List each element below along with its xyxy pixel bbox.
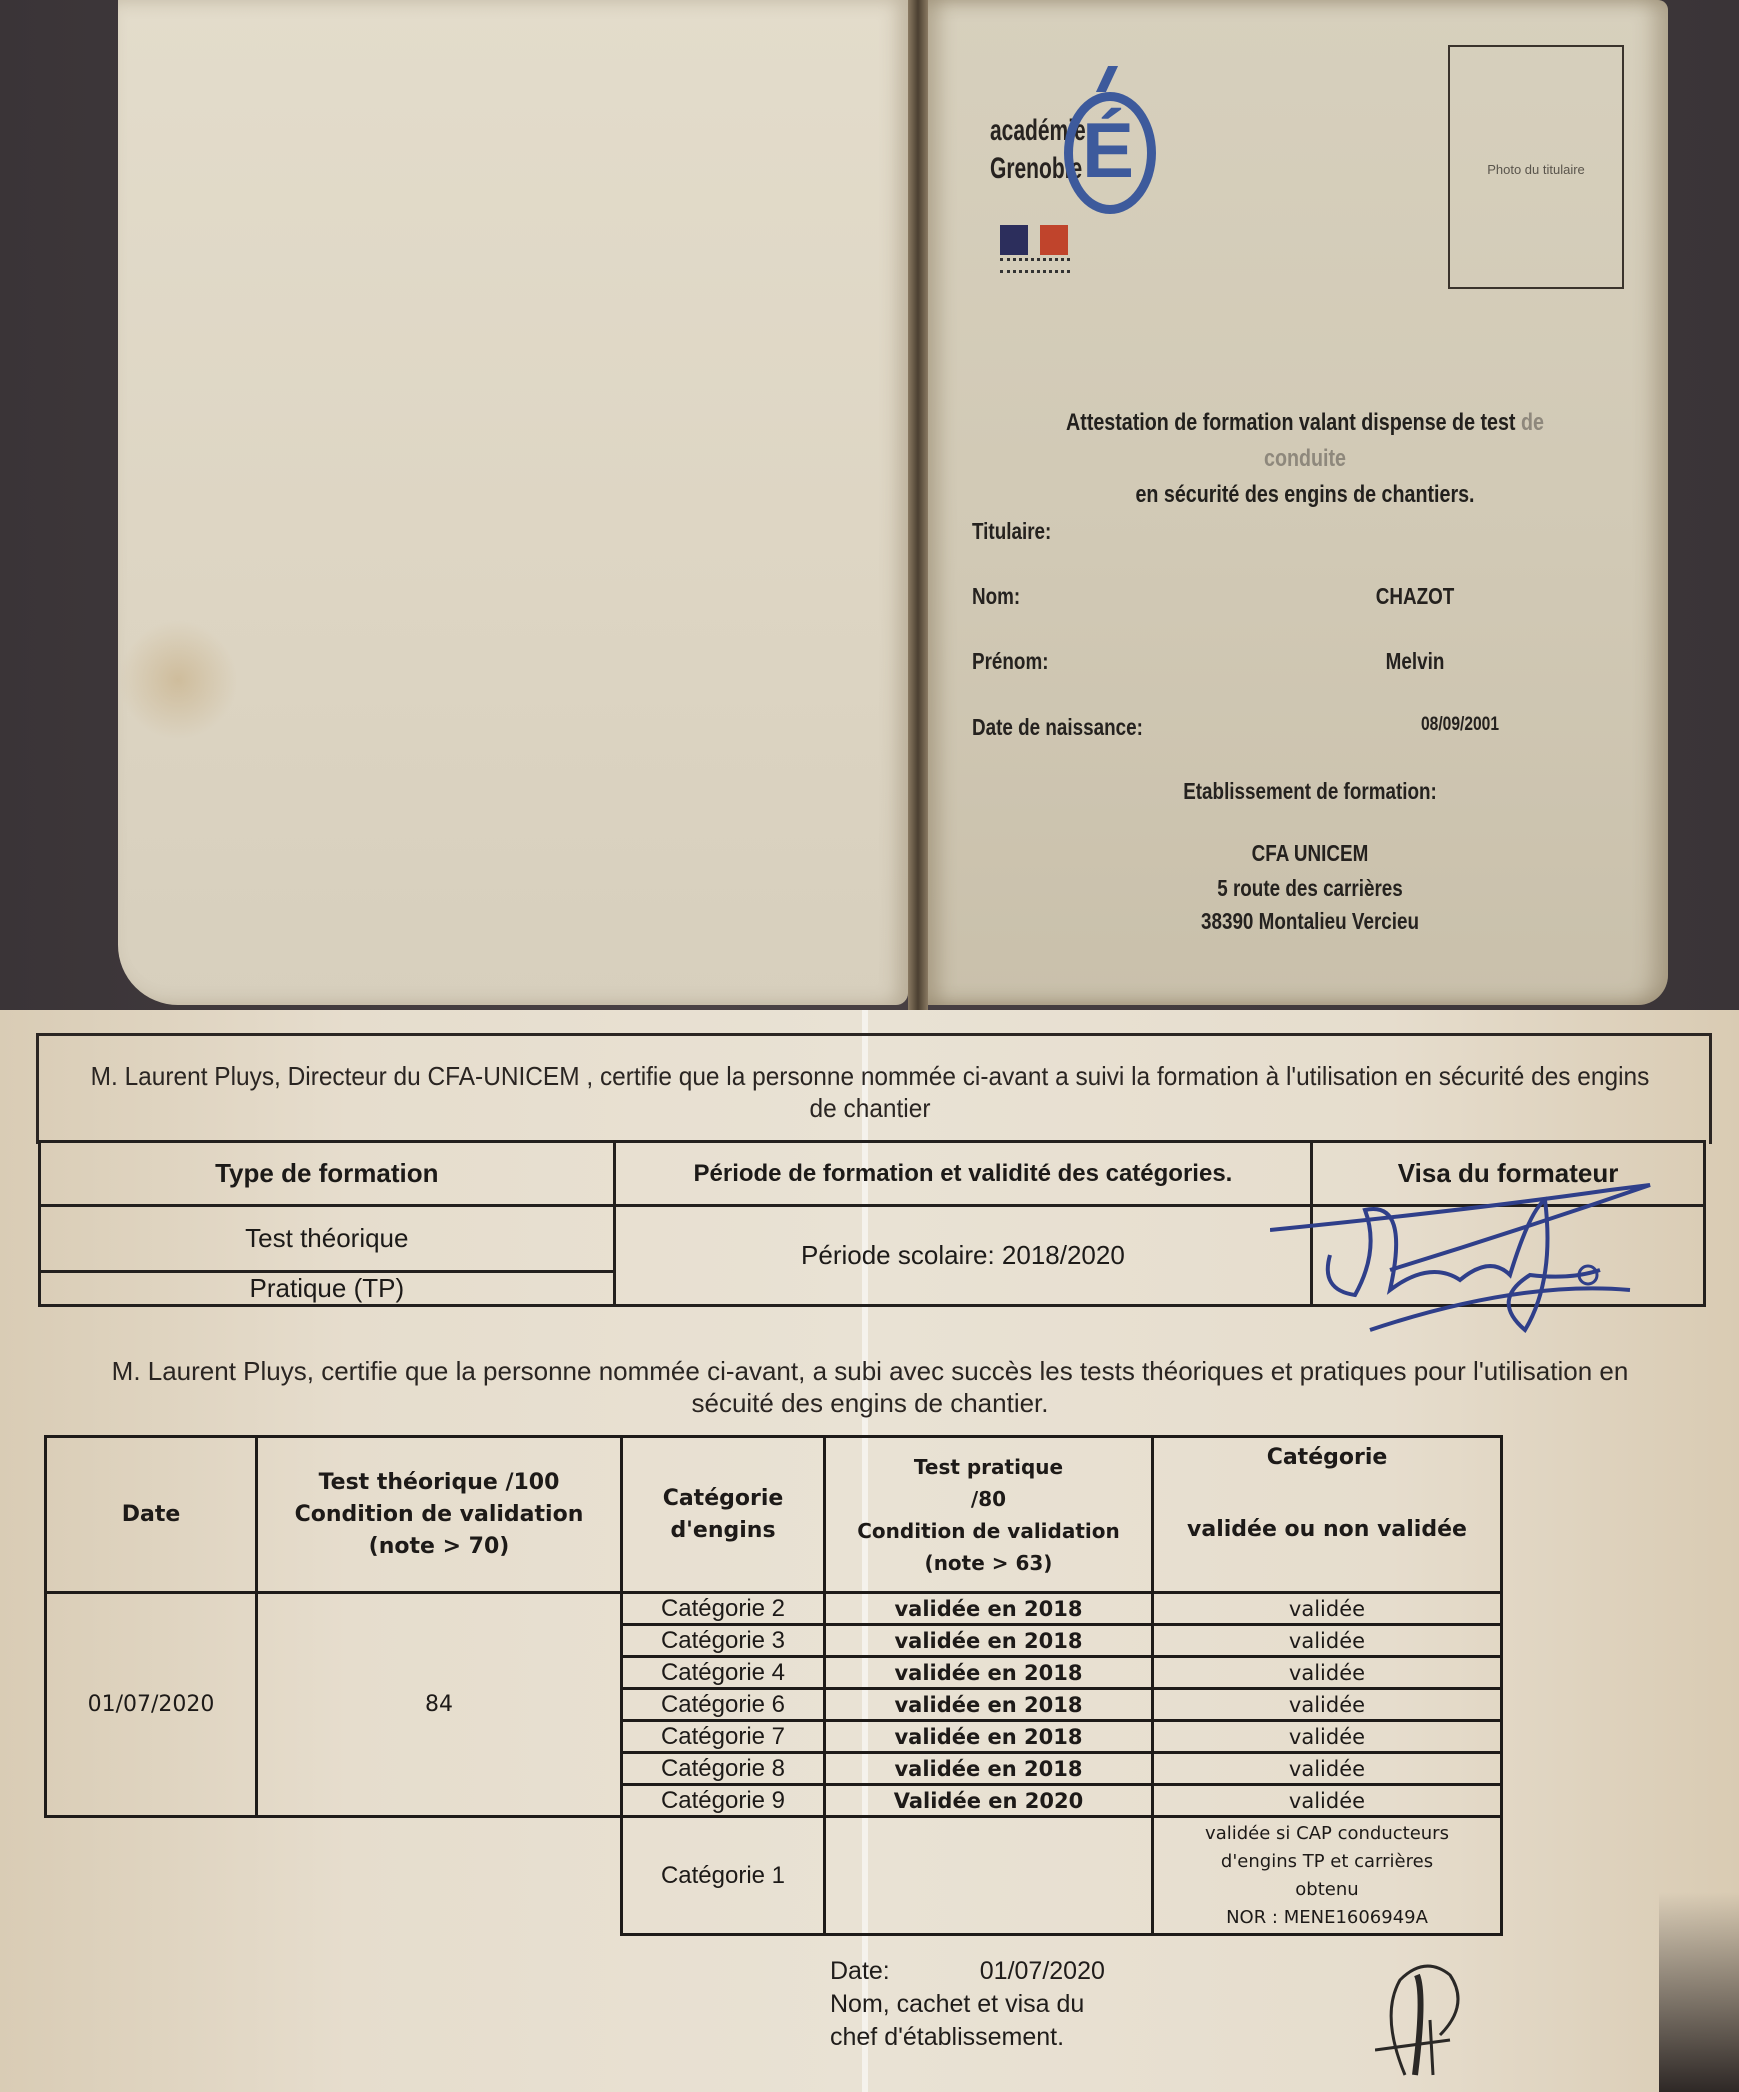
attestation-title: Attestation de formation valant dispense… <box>1034 405 1575 513</box>
practice-cell: validée en 2018 <box>825 1657 1153 1689</box>
naissance-value: 08/09/2001 <box>1394 714 1525 736</box>
title-line-1: Attestation de formation valant dispense… <box>1066 409 1515 436</box>
etablissement-label: Etablissement de formation: <box>1138 778 1482 805</box>
footer-line-3: chef d'établissement. <box>830 2021 1105 2054</box>
status-cell: validée <box>1153 1753 1502 1785</box>
certificate-statement-1: M. Laurent Pluys, Directeur du CFA-UNICE… <box>90 1060 1650 1124</box>
practice-cell: validée en 2018 <box>825 1689 1153 1721</box>
cat1-note-l2: d'engins TP et carrières <box>1154 1848 1500 1876</box>
practice-cell: Validée en 2020 <box>825 1785 1153 1817</box>
flag-caption-2 <box>1000 270 1070 273</box>
certificate-statement-2: M. Laurent Pluys, certifie que la person… <box>70 1355 1670 1419</box>
prenom-value: Melvin <box>1329 648 1501 675</box>
status-cell: validée <box>1153 1721 1502 1753</box>
empty-cell <box>257 1817 622 1935</box>
header-status-l1: Catégorie <box>1154 1442 1500 1474</box>
flag-blue-band <box>1000 225 1028 255</box>
photo-box-label: Photo du titulaire <box>1450 162 1622 177</box>
header-theory-l3: (note > 70) <box>258 1531 620 1563</box>
row-pratique-tp: Pratique (TP) <box>40 1272 615 1306</box>
director-footer: Date:01/07/2020 Nom, cachet et visa du c… <box>830 1955 1105 2054</box>
header-category: Catégorie d'engins <box>622 1437 825 1593</box>
status-cell: validée <box>1153 1625 1502 1657</box>
cat1-note-l3: obtenu <box>1154 1876 1500 1904</box>
director-signature-icon <box>1375 1955 1485 2085</box>
naissance-label: Date de naissance: <box>972 714 1143 741</box>
header-practice-l2: /80 <box>826 1483 1151 1515</box>
nom-value: CHAZOT <box>1329 583 1501 610</box>
header-type-formation: Type de formation <box>40 1142 615 1206</box>
cat1-note-l4: NOR : MENE1606949A <box>1154 1904 1500 1932</box>
footer-line-2: Nom, cachet et visa du <box>830 1988 1105 2021</box>
footer-date-label: Date: <box>830 1957 890 1985</box>
flag-red-band <box>1040 225 1068 255</box>
header-date-text: Date <box>122 1502 181 1527</box>
category-cell: Catégorie 3 <box>622 1625 825 1657</box>
header-date: Date <box>46 1437 257 1593</box>
header-periode: Période de formation et validité des cat… <box>614 1142 1312 1206</box>
cat1-note-l1: validée si CAP conducteurs <box>1154 1820 1500 1848</box>
category-cell: Catégorie 6 <box>622 1689 825 1721</box>
header-practice-l3: Condition de validation <box>826 1515 1151 1547</box>
category-1-cell: Catégorie 1 <box>622 1817 825 1935</box>
status-cell: validée <box>1153 1689 1502 1721</box>
practice-cell: validée en 2018 <box>825 1721 1153 1753</box>
status-cell: validée <box>1153 1657 1502 1689</box>
header-practice: Test pratique /80 Condition de validatio… <box>825 1437 1153 1593</box>
periode-scolaire: Période scolaire: 2018/2020 <box>614 1206 1312 1306</box>
academie-logo-icon: académie Grenoble É <box>990 62 1160 222</box>
theory-score: 84 <box>257 1593 622 1817</box>
title-line-2: en sécurité des engins de chantiers. <box>1034 477 1575 513</box>
header-category-l1: Catégorie <box>623 1483 823 1515</box>
header-status: Catégorie validée ou non validée <box>1153 1437 1502 1593</box>
booklet-spine <box>908 0 928 1010</box>
logo-emblem: É <box>1082 110 1134 190</box>
etablissement-name: CFA UNICEM <box>1138 840 1482 867</box>
category-cell: Catégorie 2 <box>622 1593 825 1625</box>
blank-left-page <box>118 0 908 1005</box>
header-theory-l1: Test théorique /100 <box>258 1467 620 1499</box>
category-cell: Catégorie 9 <box>622 1785 825 1817</box>
category-cell: Catégorie 4 <box>622 1657 825 1689</box>
header-practice-l4: (note > 63) <box>826 1547 1151 1579</box>
practice-cell: validée en 2018 <box>825 1625 1153 1657</box>
trainer-signature-icon <box>1270 1170 1690 1340</box>
header-status-l2: validée ou non validée <box>1154 1514 1500 1546</box>
prenom-label: Prénom: <box>972 648 1049 675</box>
holder-photo-box: Photo du titulaire <box>1448 45 1624 289</box>
results-table: Date Test théorique /100 Condition de va… <box>44 1435 1503 1936</box>
titulaire-label: Titulaire: <box>972 518 1051 545</box>
practice-cell: validée en 2018 <box>825 1753 1153 1785</box>
practice-cell: validée en 2018 <box>825 1593 1153 1625</box>
header-category-l2: d'engins <box>623 1515 823 1547</box>
nom-label: Nom: <box>972 583 1020 610</box>
republique-francaise-flag-icon <box>1000 225 1068 255</box>
header-practice-l1: Test pratique <box>826 1451 1151 1483</box>
etablissement-address-1: 5 route des carrières <box>1138 875 1482 902</box>
booklet-cover-photo: académie Grenoble É Photo du titulaire A… <box>0 0 1739 1010</box>
category-1-note: validée si CAP conducteurs d'engins TP e… <box>1153 1817 1502 1935</box>
category-cell: Catégorie 8 <box>622 1753 825 1785</box>
flag-caption <box>1000 258 1070 265</box>
category-cell: Catégorie 7 <box>622 1721 825 1753</box>
table-row-cat1: Catégorie 1 validée si CAP conducteurs d… <box>46 1817 1502 1935</box>
status-cell: validée <box>1153 1785 1502 1817</box>
logo-accent <box>1096 66 1118 92</box>
table-row: 01/07/2020 84 Catégorie 2 validée en 201… <box>46 1593 1502 1625</box>
row-test-theorique: Test théorique <box>40 1206 615 1272</box>
test-date: 01/07/2020 <box>46 1593 257 1817</box>
category-1-practice-empty <box>825 1817 1153 1935</box>
footer-date-value: 01/07/2020 <box>980 1957 1105 1985</box>
header-theory-l2: Condition de validation <box>258 1499 620 1531</box>
status-cell: validée <box>1153 1593 1502 1625</box>
etablissement-address-2: 38390 Montalieu Vercieu <box>1138 908 1482 935</box>
empty-cell <box>46 1817 257 1935</box>
header-theory: Test théorique /100 Condition de validat… <box>257 1437 622 1593</box>
